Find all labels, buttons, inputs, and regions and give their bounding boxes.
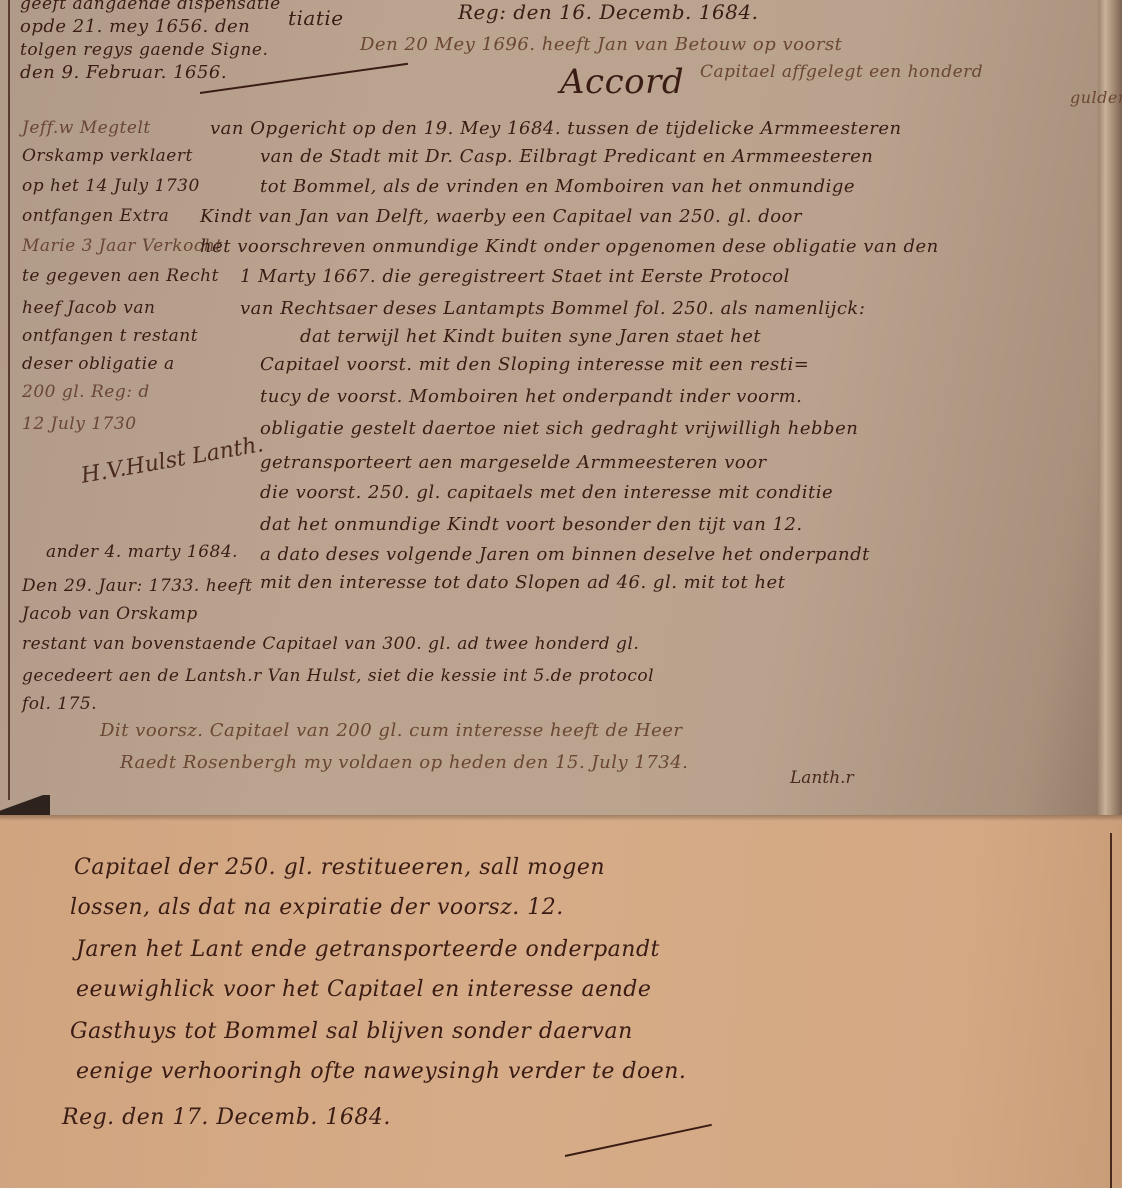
page-margin-rule (8, 0, 10, 800)
margin-note: Jeff.w Megtelt (22, 118, 151, 138)
page-margin-rule (1110, 833, 1112, 1188)
body-line: van Opgericht op den 19. Mey 1684. tusse… (210, 118, 902, 139)
margin-note: gecedeert aen de Lantsh.r Van Hulst, sie… (22, 666, 654, 686)
manuscript-page-top: geeft aangaende dispensatie opde 21. mey… (0, 0, 1122, 815)
body-line: Capitael der 250. gl. restitueeren, sall… (74, 855, 605, 880)
margin-note: Jacob van Orskamp (22, 604, 198, 624)
body-line: a dato deses volgende Jaren om binnen de… (260, 544, 870, 565)
body-line: die voorst. 250. gl. capitaels met den i… (260, 482, 833, 503)
ink-stroke (565, 1124, 712, 1157)
body-line: mit den interesse tot dato Slopen ad 46.… (260, 572, 785, 593)
body-line: getransporteert aen margeselde Armmeeste… (260, 452, 767, 473)
closing-line: Raedt Rosenbergh my voldaen op heden den… (120, 752, 688, 773)
closing-line: Dit voorsz. Capitael van 200 gl. cum int… (100, 720, 682, 741)
body-line: tucy de voorst. Momboiren het onderpandt… (260, 386, 802, 407)
margin-note: fol. 175. (22, 694, 97, 714)
margin-note: den 9. Februar. 1656. (20, 62, 227, 83)
margin-note: ontfangen Extra (22, 206, 169, 226)
payment-note: Capitael affgelegt een honderd (700, 62, 983, 82)
body-line: obligatie gestelt daertoe niet sich gedr… (260, 418, 858, 439)
body-line: van Rechtsaer deses Lantampts Bommel fol… (240, 298, 865, 319)
body-line: eenige verhooringh ofte naweysingh verde… (76, 1059, 686, 1084)
body-line: Capitael voorst. mit den Sloping interes… (260, 354, 809, 375)
manuscript-page-bottom: Capitael der 250. gl. restitueeren, sall… (0, 815, 1122, 1188)
body-line: dat terwijl het Kindt buiten syne Jaren … (300, 326, 761, 347)
margin-note: Marie 3 Jaar Verkocht (22, 236, 223, 256)
margin-note: Den 29. Jaur: 1733. heeft (22, 576, 252, 596)
body-line: het voorschreven onmundige Kindt onder o… (200, 236, 939, 257)
margin-note: restant van bovenstaende Capitael van 30… (22, 634, 639, 654)
body-line: Gasthuys tot Bommel sal blijven sonder d… (70, 1019, 633, 1044)
margin-note: heef Jacob van (22, 298, 155, 318)
body-line: 1 Marty 1667. die geregistreert Staet in… (240, 266, 790, 287)
margin-note: geeft aangaende dispensatie (20, 0, 281, 14)
ink-stroke (200, 63, 408, 94)
body-line: Jaren het Lant ende getransporteerde ond… (76, 937, 660, 962)
body-line: Kindt van Jan van Delft, waerby een Capi… (200, 206, 802, 227)
margin-note: op het 14 July 1730 (22, 176, 200, 196)
header-fragment: tiatie (288, 6, 344, 30)
margin-note: Orskamp verklaert (22, 146, 193, 166)
accord-label: Accord (560, 62, 684, 102)
body-line: van de Stadt mit Dr. Casp. Eilbragt Pred… (260, 146, 873, 167)
margin-note: 200 gl. Reg: d (22, 382, 150, 402)
registration-date: Reg. den 17. Decemb. 1684. (62, 1105, 391, 1130)
margin-note: 12 July 1730 (22, 414, 137, 434)
body-line: lossen, als dat na expiratie der voorsz.… (70, 895, 564, 920)
signature: Lanth.r (790, 768, 854, 788)
payment-note: gulden (1070, 88, 1122, 107)
page-corner-shadow (0, 795, 50, 815)
margin-note: ontfangen t restant (22, 326, 198, 346)
scan-seam-shadow (0, 815, 1122, 821)
book-binding-edge (1098, 0, 1122, 815)
margin-note: deser obligatie a (22, 354, 175, 374)
margin-note: te gegeven aen Recht (22, 266, 219, 286)
margin-note: ander 4. marty 1684. (46, 542, 238, 562)
margin-note: opde 21. mey 1656. den (20, 16, 250, 37)
body-line: dat het onmundige Kindt voort besonder d… (260, 514, 803, 535)
signature: H.V.Hulst Lanth. (79, 432, 265, 489)
body-line: eeuwighlick voor het Capitael en interes… (76, 977, 651, 1002)
margin-note: tolgen regys gaende Signe. (20, 40, 268, 60)
body-line: tot Bommel, als de vrinden en Momboiren … (260, 176, 855, 197)
registration-date-header: Reg: den 16. Decemb. 1684. (458, 0, 758, 24)
payment-note: Den 20 Mey 1696. heeft Jan van Betouw op… (360, 34, 842, 55)
